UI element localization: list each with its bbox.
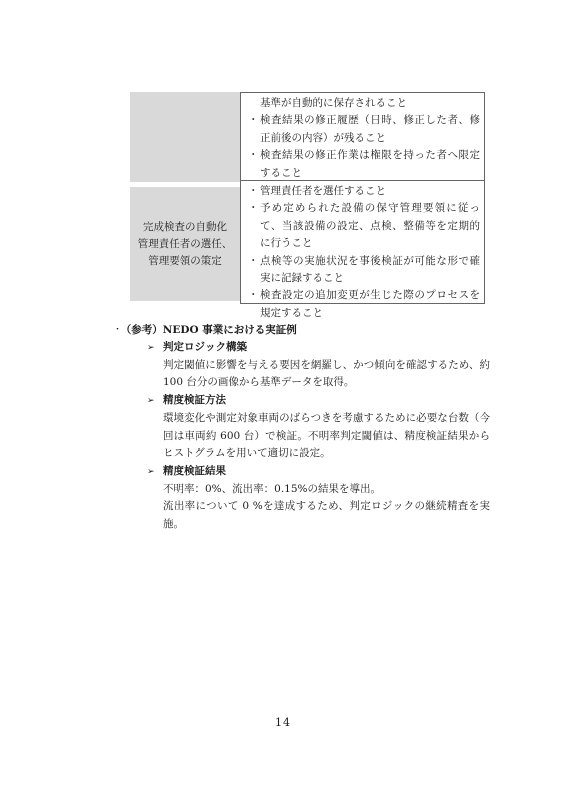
- section-paragraph: 流出率について 0 %を達成するため、判定ロジックの継続精査を実施。: [163, 498, 490, 533]
- table-cell-row-1: 基準が自動的に保存されること ・ 検査結果の修正履歴（日時、修正した者、修正前後…: [241, 93, 484, 181]
- section-heading-line: ➢ 精度検証方法: [147, 392, 490, 410]
- table-body-column: 基準が自動的に保存されること ・ 検査結果の修正履歴（日時、修正した者、修正前後…: [240, 92, 485, 304]
- bullet-icon: ・: [248, 287, 259, 304]
- arrowhead-icon: ➢: [147, 393, 155, 411]
- arrowhead-icon: ➢: [147, 340, 155, 358]
- reference-title-line: ・（参考）NEDO 事業における実証例: [113, 322, 297, 339]
- table-item-text: 点検等の実施状況を事後検証が可能な形で確実に記録すること: [260, 255, 480, 284]
- table-item-text: 基準が自動的に保存されること: [260, 97, 407, 109]
- reference-section-result: ➢ 精度検証結果 不明率：0%、流出率：0.15%の結果を導出。 流出率について…: [147, 463, 490, 534]
- table-item: ・ 点検等の実施状況を事後検証が可能な形で確実に記録すること: [247, 253, 480, 288]
- table-item-text: 検査設定の追加変更が生じた際のプロセスを規定すること: [260, 289, 480, 318]
- table-item-text: 予め定められた設備の保守管理要領に従って、当該設備の設定、点検、整備等を定期的に…: [260, 202, 480, 249]
- bullet-icon: ・: [248, 183, 259, 200]
- section-paragraph: 判定閾値に影響を与える要因を網羅し、かつ傾向を確認するため、約 100 台分の画…: [163, 357, 490, 392]
- reference-section-method: ➢ 精度検証方法 環境変化や測定対象車両のばらつきを考慮するために必要な台数（今…: [147, 392, 490, 463]
- page-number: 14: [0, 716, 566, 729]
- section-paragraph: 不明率：0%、流出率：0.15%の結果を導出。: [163, 481, 490, 499]
- section-heading: 判定ロジック構築: [163, 341, 247, 353]
- table-header-line: 管理要領の策定: [148, 253, 222, 270]
- bullet-icon: ・: [248, 200, 259, 217]
- table-header-cell-continued: [130, 92, 240, 182]
- reference-title: （参考）NEDO 事業における実証例: [126, 324, 297, 336]
- document-page: 完成検査の自動化 管理責任者の選任、 管理要領の策定 基準が自動的に保存されるこ…: [0, 0, 566, 800]
- table-item: ・ 検査結果の修正履歴（日時、修正した者、修正前後の内容）が残ること: [247, 112, 480, 147]
- table-item: ・ 予め定められた設備の保守管理要領に従って、当該設備の設定、点検、整備等を定期…: [247, 200, 480, 252]
- arrowhead-icon: ➢: [147, 464, 155, 482]
- section-heading: 精度検証結果: [163, 465, 226, 477]
- bullet-icon: ・: [248, 112, 259, 129]
- table-cell-row-2: ・ 管理責任者を選任すること ・ 予め定められた設備の保守管理要領に従って、当該…: [241, 181, 484, 322]
- table-header-line: 管理責任者の選任、: [138, 236, 233, 253]
- section-heading: 精度検証方法: [163, 394, 226, 406]
- table-item-text: 検査結果の修正作業は権限を持った者へ限定すること: [260, 149, 480, 178]
- table-item-text: 検査結果の修正履歴（日時、修正した者、修正前後の内容）が残ること: [260, 114, 480, 143]
- table-item: ・ 検査設定の追加変更が生じた際のプロセスを規定すること: [247, 287, 480, 322]
- section-paragraph: 環境変化や測定対象車両のばらつきを考慮するために必要な台数（今回は車両約 600…: [163, 410, 490, 463]
- table-item-text: 管理責任者を選任すること: [260, 185, 386, 197]
- table-item-continued: 基準が自動的に保存されること: [247, 95, 480, 112]
- section-heading-line: ➢ 判定ロジック構築: [147, 339, 490, 357]
- bullet-icon: ・: [113, 325, 122, 335]
- bullet-icon: ・: [248, 253, 259, 270]
- reference-content: ➢ 判定ロジック構築 判定閾値に影響を与える要因を網羅し、かつ傾向を確認するため…: [147, 339, 490, 534]
- table-item: ・ 管理責任者を選任すること: [247, 183, 480, 200]
- reference-section-logic: ➢ 判定ロジック構築 判定閾値に影響を与える要因を網羅し、かつ傾向を確認するため…: [147, 339, 490, 392]
- table-item: ・ 検査結果の修正作業は権限を持った者へ限定すること: [247, 147, 480, 182]
- bullet-icon: ・: [248, 147, 259, 164]
- section-heading-line: ➢ 精度検証結果: [147, 463, 490, 481]
- table-header-cell: 完成検査の自動化 管理責任者の選任、 管理要領の策定: [130, 187, 240, 301]
- table-header-line: 完成検査の自動化: [143, 219, 227, 236]
